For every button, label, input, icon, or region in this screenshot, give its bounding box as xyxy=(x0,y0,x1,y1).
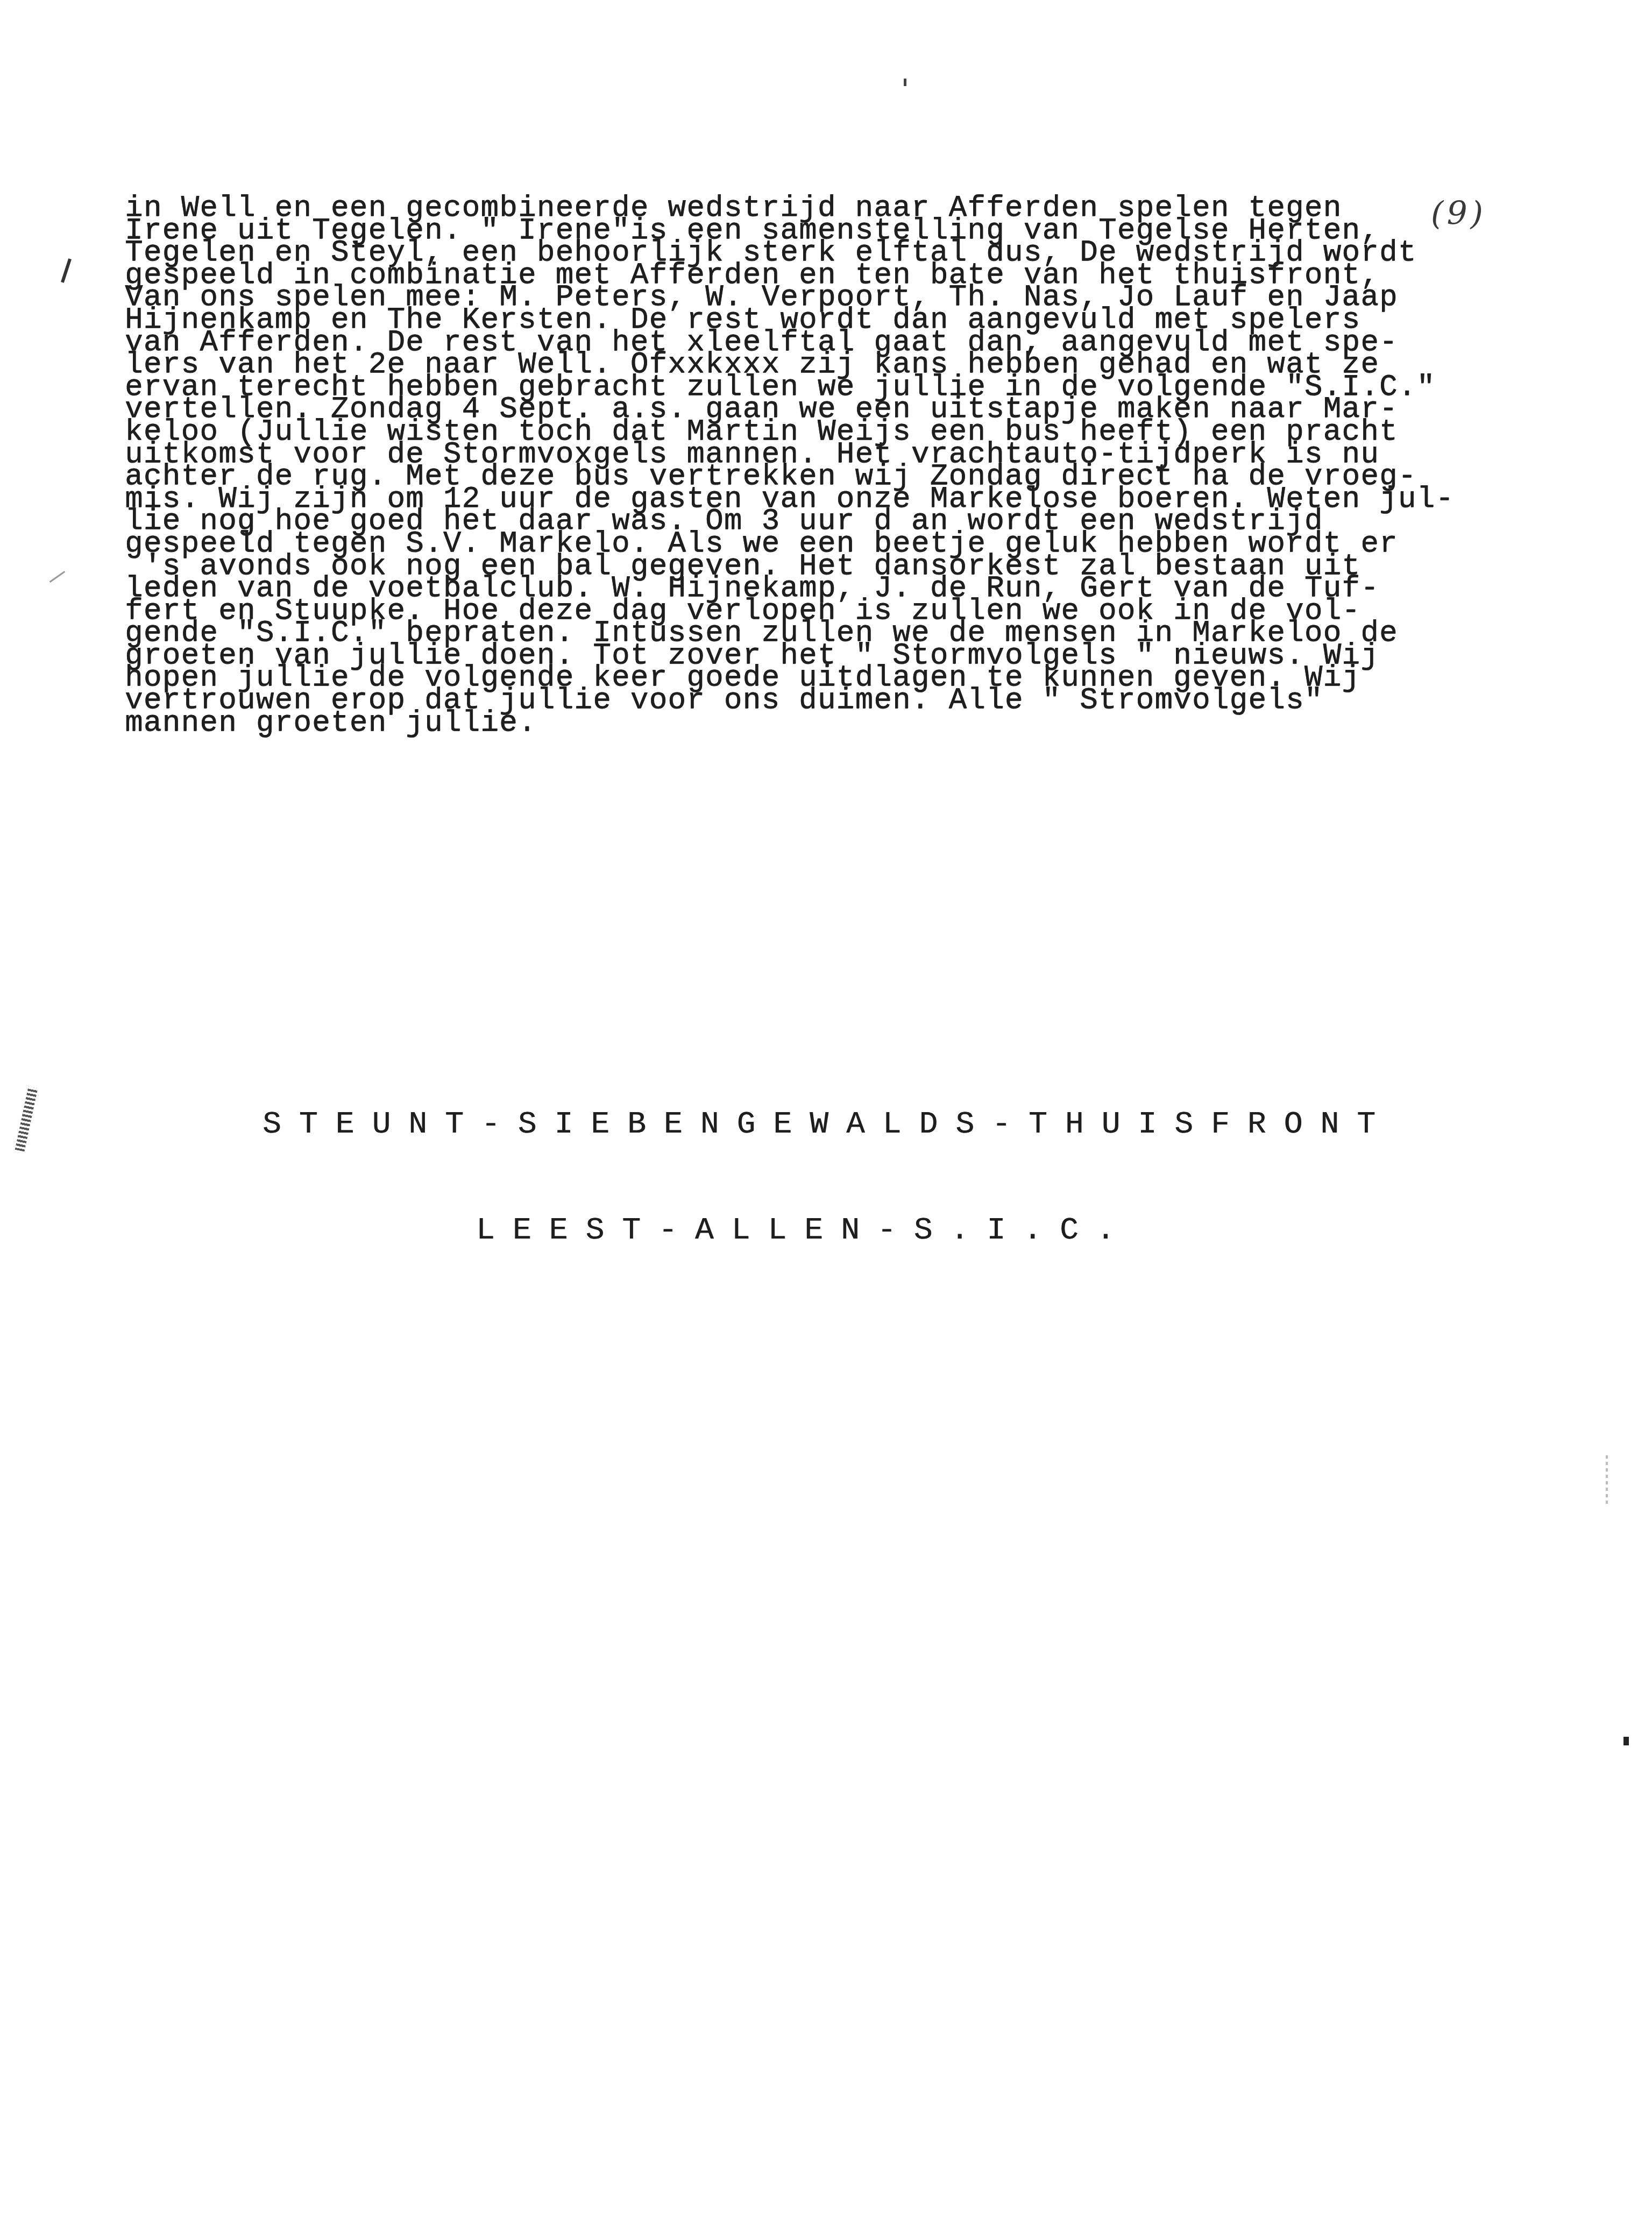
body-paragraph: in Well en een gecombineerde wedstrijd n… xyxy=(125,197,1620,734)
margin-speckle-mark xyxy=(49,571,66,583)
margin-pen-mark xyxy=(61,258,72,283)
margin-scribble-mark xyxy=(15,1086,38,1151)
scan-artifact-mark xyxy=(1606,1455,1608,1504)
scanned-typewritten-page: (9) in Well en een gecombineerde wedstri… xyxy=(0,0,1652,2221)
scan-artifact-mark xyxy=(1623,1737,1629,1745)
scan-artifact-mark xyxy=(904,79,906,86)
footer-slogan-support: STEUNT-SIEBENGEWALDS-THUISFRONT xyxy=(263,1107,1393,1142)
footer-slogan-read: LEEST-ALLEN-S.I.C. xyxy=(476,1213,1133,1248)
